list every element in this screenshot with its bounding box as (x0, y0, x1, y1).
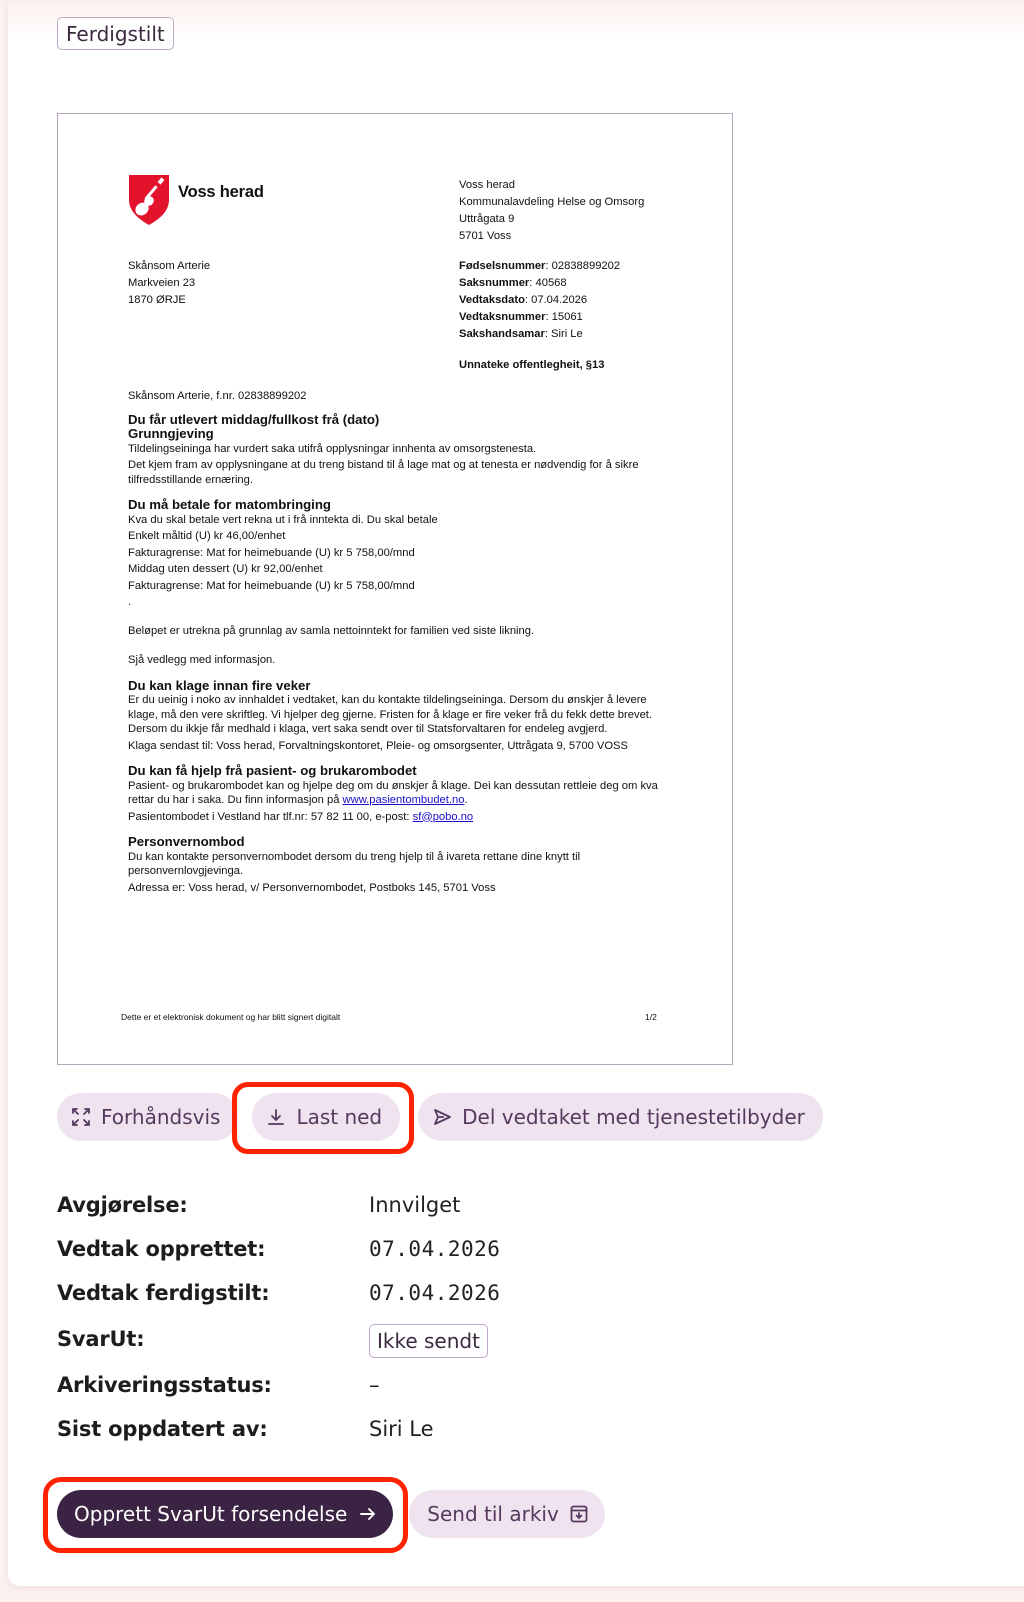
share-with-provider-button[interactable]: Del vedtaket med tjenestetilbyder (418, 1093, 823, 1141)
recipient-line: Skånsom Arterie (128, 258, 210, 275)
document-title: Du får utlevert middag/fullkost frå (dat… (128, 413, 668, 428)
status-badge: Ferdigstilt (57, 17, 174, 50)
detail-row: Sist oppdatert av: Siri Le (57, 1407, 500, 1451)
meta-row: Vedtaksnummer: 15061 (459, 309, 620, 326)
detail-row: Avgjørelse: Innvilget (57, 1183, 500, 1227)
meta-row: Saksnummer: 40568 (459, 275, 620, 292)
archive-icon (569, 1504, 589, 1524)
create-svarut-button[interactable]: Opprett SvarUt forsendelse (57, 1490, 393, 1538)
recipient-line: Markveien 23 (128, 275, 210, 292)
sender-line: Kommunalavdeling Helse og Omsorg (459, 194, 644, 211)
detail-row: Vedtak ferdigstilt: 07.04.2026 (57, 1271, 500, 1315)
dispatch-actions: Opprett SvarUt forsendelse Send til arki… (57, 1490, 605, 1538)
detail-row: SvarUt: Ikke sendt (57, 1315, 500, 1363)
sender-address: Voss herad Kommunalavdeling Helse og Oms… (459, 177, 644, 245)
download-button[interactable]: Last ned (252, 1093, 400, 1141)
download-icon (266, 1107, 286, 1127)
document-actions: Forhåndsvis Last ned Del vedtaket med tj… (57, 1093, 823, 1141)
section-ombud: Du kan få hjelp frå pasient- og brukarom… (128, 764, 668, 824)
section-grounds: Grunngjeving Tildelingseininga har vurde… (128, 427, 668, 487)
expand-icon (71, 1107, 91, 1127)
signature-note: Dette er et elektronisk dokument og har … (121, 1012, 340, 1022)
logo-text: Voss herad (178, 183, 264, 202)
vedtak-details: Avgjørelse: Innvilget Vedtak opprettet: … (57, 1183, 500, 1451)
meta-row: Sakshandsamar: Siri Le (459, 326, 620, 343)
reference-line: Skånsom Arterie, f.nr. 02838899202 (128, 389, 668, 404)
send-to-archive-button[interactable]: Send til arkiv (409, 1490, 605, 1538)
case-metadata: Fødselsnummer: 02838899202 Saksnummer: 4… (459, 258, 620, 343)
meta-row: Vedtaksdato: 07.04.2026 (459, 292, 620, 309)
detail-row: Vedtak opprettet: 07.04.2026 (57, 1227, 500, 1271)
pobo-email-link[interactable]: sf@pobo.no (413, 811, 474, 823)
sender-line: 5701 Voss (459, 228, 644, 245)
section-privacy: Personvernombod Du kan kontakte personve… (128, 835, 668, 895)
last-updated-by: Siri Le (369, 1417, 434, 1441)
svarut-status-badge: Ikke sendt (369, 1324, 488, 1358)
section-appeal: Du kan klage innan fire veker Er du uein… (128, 679, 668, 754)
sender-line: Uttrågata 9 (459, 211, 644, 228)
document-body: Skånsom Arterie, f.nr. 02838899202 Du få… (128, 389, 668, 906)
section-payment: Du må betale for matombringing Kva du sk… (128, 498, 668, 668)
sender-line: Voss herad (459, 177, 644, 194)
send-icon (432, 1107, 452, 1127)
logo: Voss herad (128, 174, 264, 226)
document-preview: Voss herad Voss herad Kommunalavdeling H… (57, 113, 733, 1065)
detail-row: Arkiveringsstatus: – (57, 1363, 500, 1407)
voss-coat-of-arms-icon (128, 174, 170, 226)
meta-row: Fødselsnummer: 02838899202 (459, 258, 620, 275)
decision-value: Innvilget (369, 1193, 460, 1217)
recipient-line: 1870 ØRJE (128, 292, 210, 309)
completed-date: 07.04.2026 (369, 1281, 500, 1305)
exemption-note: Unnateke offentlegheit, §13 (459, 359, 604, 371)
archive-status: – (369, 1373, 380, 1397)
pasientombudet-link[interactable]: www.pasientombudet.no (343, 794, 465, 806)
preview-button[interactable]: Forhåndsvis (57, 1093, 238, 1141)
arrow-right-icon (359, 1505, 377, 1523)
recipient-address: Skånsom Arterie Markveien 23 1870 ØRJE (128, 258, 210, 309)
created-date: 07.04.2026 (369, 1237, 500, 1261)
page-indicator: 1/2 (645, 1012, 657, 1022)
